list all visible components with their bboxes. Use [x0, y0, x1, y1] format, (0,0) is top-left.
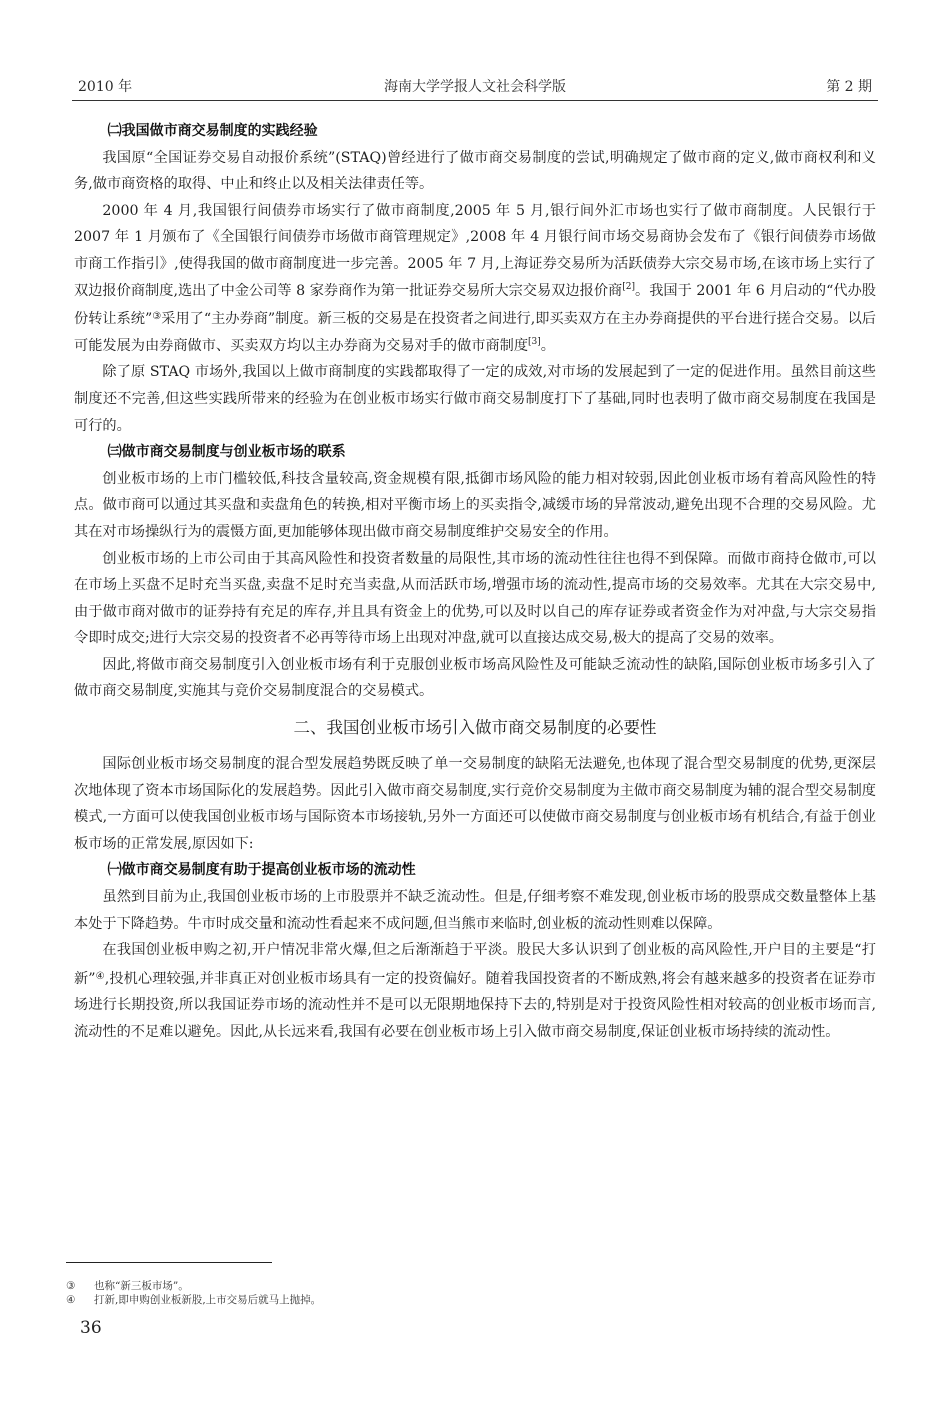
- page-number: 36: [80, 1318, 102, 1338]
- section-heading: 二、我国创业板市场引入做市商交易制度的必要性: [74, 711, 876, 745]
- subsection-heading-1: ㈠做市商交易制度有助于提高创业板市场的流动性: [74, 857, 876, 884]
- paragraph: 创业板市场的上市门槛较低,科技含量较高,资金规模有限,抵御市场风险的能力相对较弱…: [74, 466, 876, 546]
- paragraph: 国际创业板市场交易制度的混合型发展趋势既反映了单一交易制度的缺陷无法避免,也体现…: [74, 751, 876, 857]
- subsection-heading-3: ㈢做市商交易制度与创业板市场的联系: [74, 439, 876, 466]
- running-header: 2010 年 海南大学学报人文社会科学版 第 2 期: [72, 72, 878, 101]
- paragraph: 因此,将做市商交易制度引入创业板市场有利于克服创业板市场高风险性及可能缺乏流动性…: [74, 652, 876, 705]
- paragraph: 在我国创业板申购之初,开户情况非常火爆,但之后渐渐趋于平淡。股民大多认识到了创业…: [74, 937, 876, 1045]
- footnote: ④打新,即申购创业板新股,上市交易后就马上抛掉。: [66, 1293, 321, 1307]
- article-body: ㈡我国做市商交易制度的实践经验 我国原“全国证券交易自动报价系统”(STAQ)曾…: [74, 118, 876, 1046]
- citation-ref[interactable]: [2]: [622, 282, 635, 292]
- header-issue: 第 2 期: [826, 76, 872, 96]
- citation-ref[interactable]: [3]: [528, 337, 541, 347]
- header-journal-title: 海南大学学报人文社会科学版: [72, 76, 878, 96]
- footnote-marker[interactable]: ④: [96, 971, 105, 982]
- subsection-heading-2: ㈡我国做市商交易制度的实践经验: [74, 118, 876, 145]
- paragraph: 创业板市场的上市公司由于其高风险性和投资者数量的局限性,其市场的流动性往往也得不…: [74, 546, 876, 652]
- footnotes: ③也称“新三板市场”。 ④打新,即申购创业板新股,上市交易后就马上抛掉。: [66, 1279, 321, 1307]
- footnote-marker[interactable]: ③: [152, 311, 161, 322]
- paragraph: 除了原 STAQ 市场外,我国以上做市商制度的实践都取得了一定的成效,对市场的发…: [74, 359, 876, 439]
- paragraph: 虽然到目前为止,我国创业板市场的上市股票并不缺乏流动性。但是,仔细考察不难发现,…: [74, 884, 876, 937]
- paragraph: 2000 年 4 月,我国银行间债券市场实行了做市商制度,2005 年 5 月,…: [74, 198, 876, 360]
- footnote: ③也称“新三板市场”。: [66, 1279, 321, 1293]
- footnote-divider: [66, 1262, 272, 1263]
- paragraph: 我国原“全国证券交易自动报价系统”(STAQ)曾经进行了做市商交易制度的尝试,明…: [74, 145, 876, 198]
